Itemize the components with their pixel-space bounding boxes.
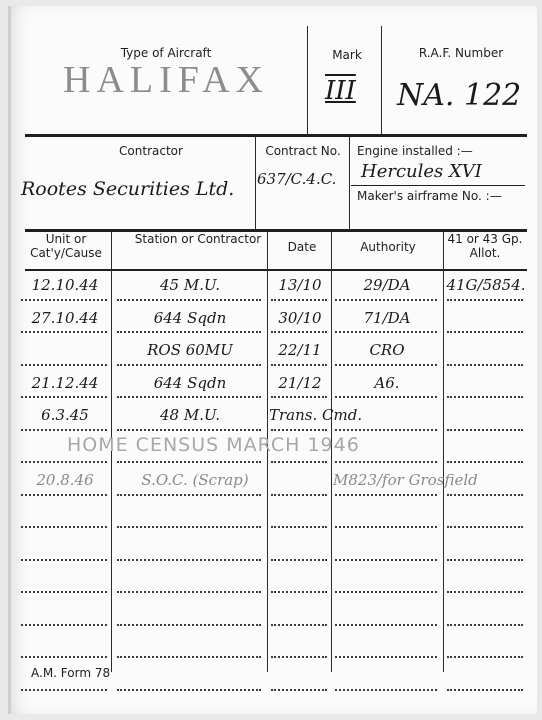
row-rule (271, 624, 327, 626)
row-rule (21, 591, 107, 593)
row-rule (21, 331, 107, 333)
cell-station: S.O.C. (Scrap) (115, 471, 275, 489)
mark-label: Mark (323, 48, 371, 62)
row-rule (447, 689, 523, 691)
divider (25, 134, 527, 137)
census-stamp: HOME CENSUS MARCH 1946 (67, 434, 360, 456)
cell-station: 644 Sqdn (115, 374, 265, 392)
row-rule (117, 526, 261, 528)
row-rule (335, 299, 437, 301)
cell-station: 644 Sqdn (115, 309, 265, 327)
row-rule (271, 494, 327, 496)
row-rule (447, 494, 523, 496)
row-rule (21, 624, 107, 626)
contractor-label: Contractor (71, 144, 231, 158)
makers-airframe-label: Maker's airframe No. :— (357, 189, 502, 203)
cell-authority: CRO (333, 341, 441, 359)
cell-station: 48 M.U. (115, 406, 265, 424)
row-rule (447, 591, 523, 593)
cell-unit: 21.12.44 (19, 374, 111, 392)
cell-date: 13/10 (269, 276, 331, 294)
row-rule (335, 526, 437, 528)
contract-no-value: 637/C.4.C. (257, 170, 336, 188)
cell-authority: A6. (333, 374, 441, 392)
row-rule (271, 591, 327, 593)
row-rule (117, 396, 261, 398)
aircraft-type-value: HALIFAX (63, 58, 269, 102)
row-rule (447, 461, 523, 463)
header-unit: Unit or Cat'y/Cause (21, 232, 111, 260)
row-rule (447, 331, 523, 333)
row-rule (21, 656, 107, 658)
divider (255, 137, 256, 229)
raf-number-value: NA. 122 (397, 78, 521, 113)
row-rule (335, 689, 437, 691)
cell-unit: 20.8.46 (19, 471, 111, 489)
row-rule (335, 624, 437, 626)
cell-authority: M823/for Grosfield (333, 471, 513, 489)
cell-date: 21/12 (269, 374, 331, 392)
row-rule (21, 364, 107, 366)
cell-allot: 41G/5854. (445, 276, 527, 294)
contract-no-label: Contract No. (257, 144, 349, 158)
row-rule (335, 591, 437, 593)
divider (25, 269, 527, 271)
row-rule (117, 331, 261, 333)
row-rule (447, 526, 523, 528)
row-rule (117, 559, 261, 561)
row-rule (335, 494, 437, 496)
row-rule (21, 299, 107, 301)
row-rule (117, 461, 261, 463)
row-rule (21, 396, 107, 398)
cell-unit: 12.10.44 (19, 276, 111, 294)
row-rule (335, 331, 437, 333)
row-rule (271, 689, 327, 691)
row-rule (271, 364, 327, 366)
row-rule (335, 429, 437, 431)
cell-date: 22/11 (269, 341, 331, 359)
cell-date: 30/10 (269, 309, 331, 327)
divider (349, 137, 350, 229)
row-rule (117, 624, 261, 626)
row-rule (335, 461, 437, 463)
divider (307, 26, 308, 134)
row-rule (447, 656, 523, 658)
row-rule (21, 526, 107, 528)
row-rule (117, 689, 261, 691)
row-rule (271, 526, 327, 528)
row-rule (21, 461, 107, 463)
form-id: A.M. Form 78 (31, 666, 110, 680)
row-rule (335, 559, 437, 561)
header-station: Station or Contractor (123, 232, 273, 246)
engine-installed-label: Engine installed :— (357, 144, 473, 158)
cell-authority: 71/DA (333, 309, 441, 327)
row-rule (447, 624, 523, 626)
row-rule (271, 331, 327, 333)
column-divider (443, 232, 444, 672)
row-rule (21, 429, 107, 431)
row-rule (447, 364, 523, 366)
cell-date: Trans. Cmd. (269, 406, 419, 424)
row-rule (447, 429, 523, 431)
row-rule (447, 396, 523, 398)
row-rule (335, 656, 437, 658)
header-date: Date (271, 240, 333, 254)
engine-installed-value: Hercules XVI (361, 161, 482, 182)
row-rule (117, 429, 261, 431)
raf-number-label: R.A.F. Number (396, 46, 526, 60)
row-rule (447, 559, 523, 561)
row-rule (21, 559, 107, 561)
cell-unit: 6.3.45 (19, 406, 111, 424)
row-rule (447, 299, 523, 301)
row-rule (117, 656, 261, 658)
row-rule (117, 494, 261, 496)
divider (351, 185, 525, 186)
cell-station: 45 M.U. (115, 276, 265, 294)
cell-authority: 29/DA (333, 276, 441, 294)
row-rule (21, 689, 107, 691)
cell-unit: 27.10.44 (19, 309, 111, 327)
header-allot: 41 or 43 Gp. Allot. (443, 232, 527, 260)
row-rule (271, 299, 327, 301)
row-rule (271, 396, 327, 398)
row-rule (335, 364, 437, 366)
cell-station: ROS 60MU (115, 341, 265, 359)
aircraft-record-card: Type of Aircraft HALIFAX Mark III R.A.F.… (8, 6, 537, 714)
row-rule (271, 429, 327, 431)
row-rule (21, 494, 107, 496)
row-rule (335, 396, 437, 398)
row-rule (271, 559, 327, 561)
row-rule (117, 591, 261, 593)
row-rule (117, 364, 261, 366)
header-authority: Authority (333, 240, 443, 254)
contractor-value: Rootes Securities Ltd. (21, 178, 234, 200)
row-rule (271, 461, 327, 463)
row-rule (117, 299, 261, 301)
divider (381, 26, 382, 134)
row-rule (271, 656, 327, 658)
mark-value: III (325, 76, 356, 106)
